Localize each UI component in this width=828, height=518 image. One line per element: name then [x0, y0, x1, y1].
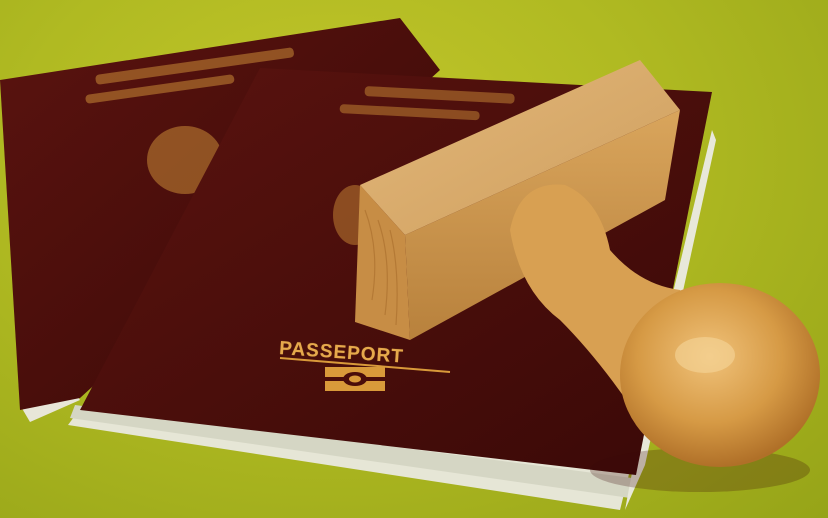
scene-graphics [0, 0, 828, 518]
photo-scene: PASSEPORT [0, 0, 828, 518]
biometric-chip-icon [325, 367, 385, 391]
